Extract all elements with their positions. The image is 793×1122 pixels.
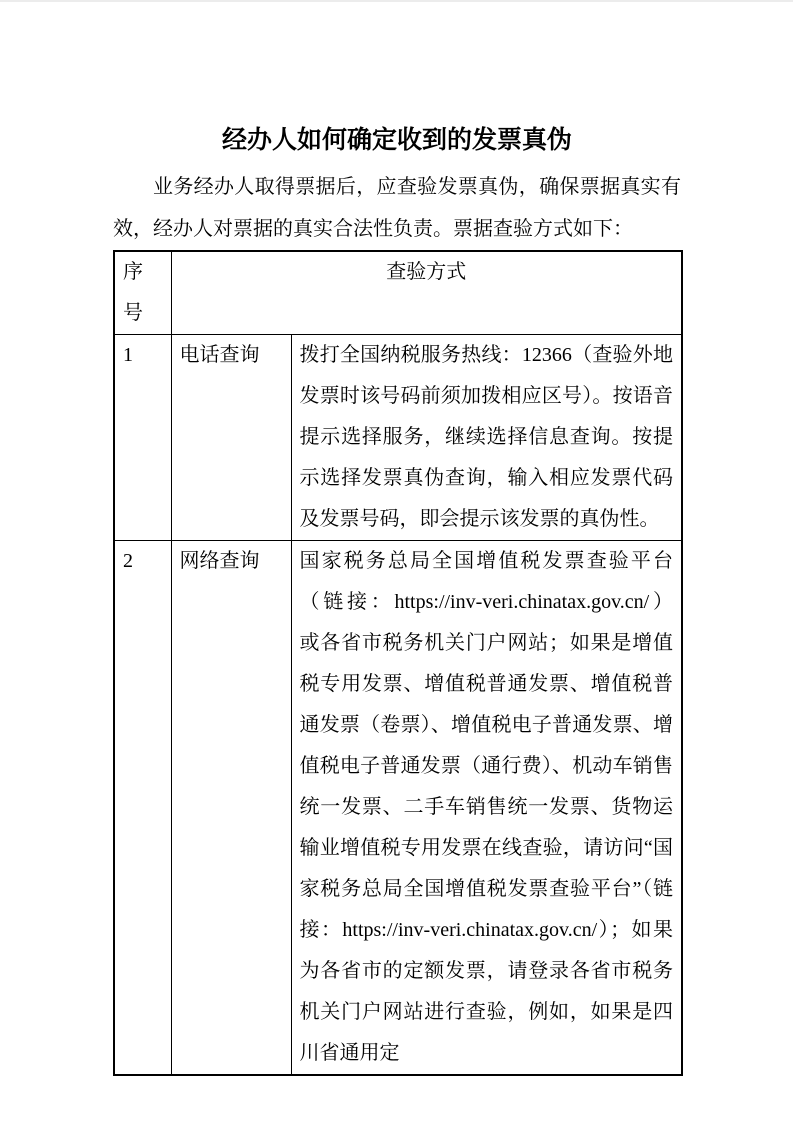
cell-method-name: 电话查询 <box>171 335 291 541</box>
cell-row-number: 1 <box>114 335 171 541</box>
cell-method-description: 国家税务总局全国增值税发票查验平台（链接：https://inv-veri.ch… <box>291 541 682 1076</box>
table-row: 1 电话查询 拨打全国纳税服务热线：12366（查验外地发票时该号码前须加拨相应… <box>114 335 682 541</box>
table-header-row: 序号 查验方式 <box>114 251 682 335</box>
cell-row-number: 2 <box>114 541 171 1076</box>
header-cell-serial-number: 序号 <box>114 251 171 335</box>
cell-method-name: 网络查询 <box>171 541 291 1076</box>
intro-paragraph: 业务经办人取得票据后，应查验发票真伪，确保票据真实有效，经办人对票据的真实合法性… <box>113 166 681 250</box>
cell-method-description: 拨打全国纳税服务热线：12366（查验外地发票时该号码前须加拨相应区号）。按语音… <box>291 335 682 541</box>
document-page: 经办人如何确定收到的发票真伪 业务经办人取得票据后，应查验发票真伪，确保票据真实… <box>0 2 793 1076</box>
page-title: 经办人如何确定收到的发票真伪 <box>113 120 681 160</box>
verification-methods-table: 序号 查验方式 1 电话查询 拨打全国纳税服务热线：12366（查验外地发票时该… <box>113 250 683 1076</box>
header-cell-verification-method: 查验方式 <box>171 251 682 335</box>
table-row: 2 网络查询 国家税务总局全国增值税发票查验平台（链接：https://inv-… <box>114 541 682 1076</box>
